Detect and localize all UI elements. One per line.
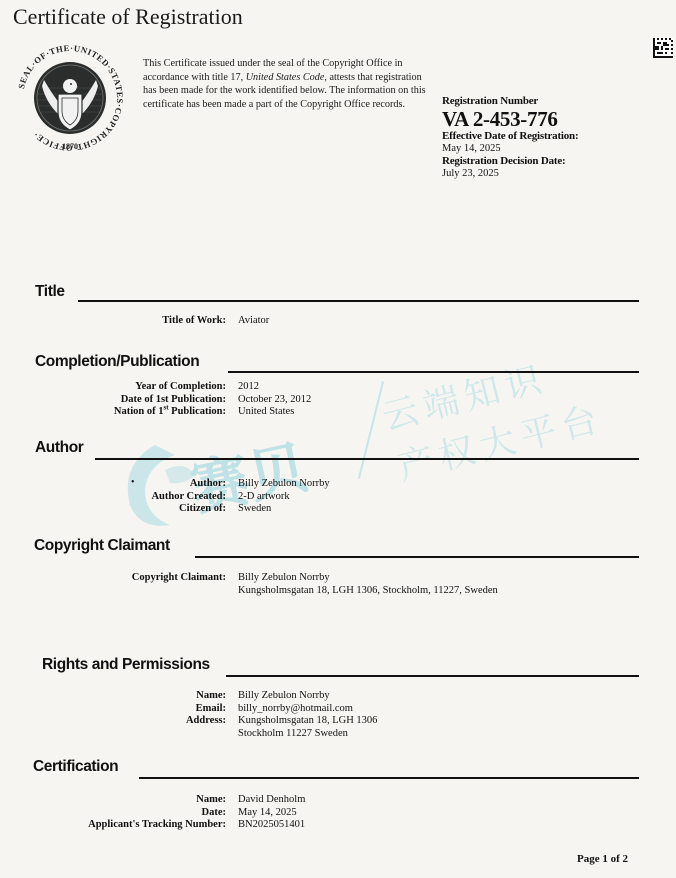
certificate-intro-text: This Certificate issued under the seal o…	[143, 57, 433, 111]
watermark-divider	[358, 381, 384, 479]
registration-number: VA 2-453-776	[442, 108, 578, 130]
completion-fields: Year of Completion: 2012 Date of 1st Pub…	[60, 381, 311, 419]
effective-date-label: Effective Date of Registration:	[442, 130, 578, 143]
rights-fields: Name: Billy Zebulon Norrby Email: billy_…	[60, 690, 377, 740]
datamatrix-barcode-icon	[653, 38, 673, 58]
section-rule	[139, 777, 639, 779]
section-rule	[228, 371, 639, 373]
field-row: Author: Billy Zebulon Norrby	[60, 478, 330, 491]
section-rule	[195, 556, 639, 558]
certification-fields: Name: David Denholm Date: May 14, 2025 A…	[60, 794, 305, 832]
svg-text:1870: 1870	[62, 142, 78, 151]
effective-date: May 14, 2025	[442, 143, 578, 155]
field-row: Nation of 1st Publication: United States	[60, 406, 311, 419]
field-row: Kungsholmsgatan 18, LGH 1306, Stockholm,…	[60, 585, 498, 598]
field-row: Title of Work: Aviator	[60, 315, 269, 328]
field-row: Copyright Claimant: Billy Zebulon Norrby	[60, 572, 498, 585]
field-row: Stockholm 11227 Sweden	[60, 728, 377, 741]
section-heading-claimant: Copyright Claimant	[34, 537, 170, 555]
field-row: Email: billy_norrby@hotmail.com	[60, 703, 377, 716]
section-title: Title	[0, 281, 676, 301]
rights-email: billy_norrby@hotmail.com	[238, 703, 353, 716]
field-row: Address: Kungsholmsgatan 18, LGH 1306	[60, 715, 377, 728]
section-rule	[95, 458, 639, 460]
section-heading-author: Author	[35, 439, 83, 457]
field-row: Year of Completion: 2012	[60, 381, 311, 394]
section-heading-completion: Completion/Publication	[35, 353, 199, 371]
section-heading-rights: Rights and Permissions	[42, 656, 210, 674]
copyright-office-seal-icon: SEAL·OF·THE·UNITED·STATES·COPYRIGHT·OFFI…	[14, 42, 126, 154]
section-certification: Certification	[0, 756, 676, 776]
section-heading-title: Title	[35, 283, 65, 301]
page-title: Certificate of Registration	[13, 4, 243, 30]
registration-info: Registration Number VA 2-453-776 Effecti…	[442, 95, 578, 180]
field-row: Name: Billy Zebulon Norrby	[60, 690, 377, 703]
title-of-work-value: Aviator	[238, 315, 269, 328]
field-row: Date of 1st Publication: October 23, 201…	[60, 394, 311, 407]
page-number: Page 1 of 2	[577, 853, 628, 865]
decision-date-label: Registration Decision Date:	[442, 155, 578, 168]
field-row: Name: David Denholm	[60, 794, 305, 807]
field-row: Citizen of: Sweden	[60, 503, 330, 516]
title-fields: Title of Work: Aviator	[60, 315, 269, 328]
section-claimant: Copyright Claimant	[0, 535, 676, 555]
claimant-fields: Copyright Claimant: Billy Zebulon Norrby…	[60, 572, 498, 597]
decision-date: July 23, 2025	[442, 168, 578, 180]
section-rights: Rights and Permissions	[0, 654, 676, 674]
field-row: Date: May 14, 2025	[60, 807, 305, 820]
field-row: Applicant's Tracking Number: BN202505140…	[60, 819, 305, 832]
section-completion: Completion/Publication	[0, 351, 676, 371]
tracking-number: BN2025051401	[238, 819, 305, 832]
section-heading-certification: Certification	[33, 758, 118, 776]
author-fields: Author: Billy Zebulon Norrby Author Crea…	[60, 478, 330, 516]
field-row: Author Created: 2-D artwork	[60, 491, 330, 504]
section-author: Author	[0, 437, 676, 457]
section-rule	[226, 675, 639, 677]
section-rule	[78, 300, 639, 302]
